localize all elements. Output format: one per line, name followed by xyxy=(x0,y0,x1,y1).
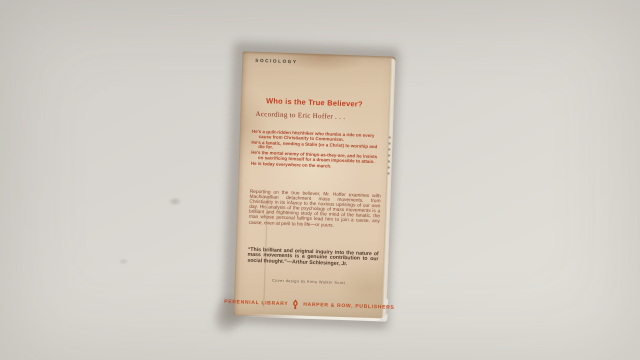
publisher-name: HARPER & ROW, PUBLISHERS xyxy=(303,302,394,311)
description-paragraph: Reporting on the true believer, Mr. Hoff… xyxy=(249,190,381,230)
cover-design-credit: Cover design by Anita Walker Scott xyxy=(235,277,383,286)
imprint-name: PERENNIAL LIBRARY xyxy=(224,299,288,307)
publisher-line: PERENNIAL LIBRARY HARPER & ROW, PUBLISHE… xyxy=(240,297,379,312)
review-quote: “This brilliant and original inquiry int… xyxy=(247,248,378,268)
paperback-book-back-cover: SOCIOLOGY Who is the True Believer? Acco… xyxy=(233,51,395,320)
photo-backdrop: SOCIOLOGY Who is the True Believer? Acco… xyxy=(0,0,640,360)
spine-text-marks xyxy=(387,137,390,175)
torch-logo-icon xyxy=(292,299,299,309)
believer-traits-list: He's a guilt-ridden hitchhiker who thumb… xyxy=(251,130,382,172)
cover-subheadline: According to Eric Hoffer . . . xyxy=(255,110,345,121)
category-label: SOCIOLOGY xyxy=(255,58,297,64)
surface-smudge xyxy=(118,258,129,265)
cover-headline: Who is the True Believer? xyxy=(243,96,386,109)
surface-smudge xyxy=(168,197,182,206)
